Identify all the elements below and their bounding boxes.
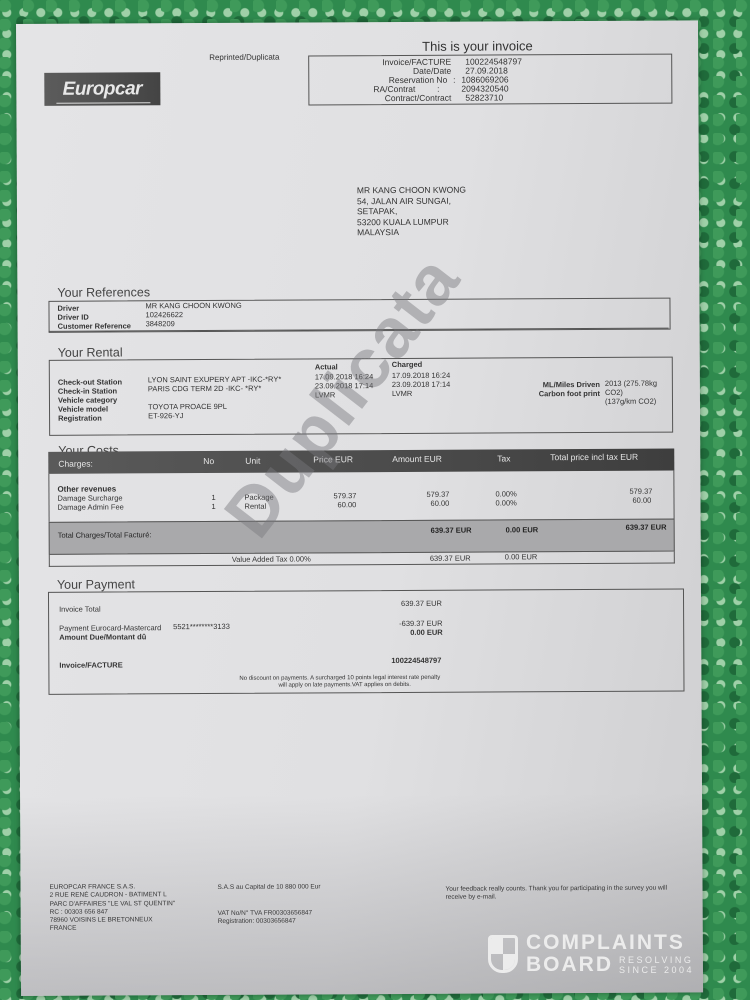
- customer-ref-label: Customer Reference: [58, 321, 131, 330]
- checkin-charged: 23.09.2018 17:14: [392, 380, 450, 389]
- driver-value: MR KANG CHOON KWONG: [145, 301, 241, 311]
- payment-value: -639.37 EUR: [399, 619, 442, 628]
- vat-tax: 0.00 EUR: [505, 552, 538, 561]
- category-charged: LVMR: [392, 389, 450, 398]
- contract-row: Contract/Contract52823710: [309, 92, 585, 103]
- checkout-station: LYON SAINT EXUPERY APT -IKC-*RY*: [148, 375, 281, 385]
- feedback-note: Your feedback really counts. Thank you f…: [446, 885, 668, 903]
- registration-label: Registration: [58, 414, 102, 423]
- col-tax: Tax: [497, 453, 510, 463]
- invoice-title: This is your invoice: [422, 38, 533, 54]
- invoice-total-label: Invoice Total: [59, 605, 101, 614]
- col-no: No: [203, 456, 214, 466]
- vehicle-model-label: Vehicle model: [58, 405, 108, 414]
- rental-box: Actual Charged Check-out Station Check-i…: [49, 357, 673, 436]
- company-address: EUROPCAR FRANCE S.A.S. 2 RUE RENÉ CAUDRO…: [50, 883, 176, 933]
- invoice-facture-value: 100224548797: [391, 656, 441, 665]
- cost-row-charge: Damage Admin Fee: [58, 502, 124, 511]
- total-charges-label: Total Charges/Total Facturé:: [58, 530, 152, 539]
- registration-value: ET-926-YJ: [148, 411, 281, 421]
- carbon-value: (137g/km CO2): [605, 397, 672, 406]
- col-total: Total price incl tax EUR: [550, 452, 638, 462]
- col-price: Price EUR: [313, 454, 353, 464]
- shield-icon: [488, 935, 518, 973]
- vat-label: Value Added Tax 0.00%: [232, 554, 311, 563]
- col-amount: Amount EUR: [392, 454, 442, 464]
- invoice-info-box: Invoice/FACTURE100224548797 Date/Date27.…: [308, 54, 672, 106]
- payment-notice-2: will apply on late payments.VAT applies …: [278, 682, 410, 689]
- costs-table-body: Other revenues Damage Surcharge 1 Packag…: [48, 471, 674, 522]
- company-vat: VAT No/N° TVA FR00303656847 Registration…: [218, 909, 313, 926]
- company-capital: S.A.S au Capital de 10 880 000 Eur: [218, 883, 321, 892]
- rental-title: Your Rental: [58, 345, 123, 359]
- card-number: 5521********3133: [173, 622, 230, 631]
- vat-row: Value Added Tax 0.00% 639.37 EUR 0.00 EU…: [49, 552, 675, 567]
- invoice-paper: Europcar Reprinted/Duplicata This is you…: [16, 20, 703, 996]
- reprinted-label: Reprinted/Duplicata: [209, 53, 279, 62]
- checkin-label: Check-in Station: [58, 386, 117, 395]
- actual-header: Actual: [315, 362, 338, 371]
- category-actual: LVMR: [315, 390, 373, 399]
- cost-row-charge: Damage Surcharge: [57, 493, 122, 502]
- col-charges: Charges:: [58, 459, 93, 469]
- invoice-facture-label: Invoice/FACTURE: [59, 660, 122, 669]
- carbon-label: Carbon foot print: [539, 389, 600, 398]
- total-charges-row: Total Charges/Total Facturé: 639.37 EUR …: [49, 519, 675, 555]
- driver-id-label: Driver ID: [58, 313, 89, 322]
- customer-ref-value: 3848209: [146, 319, 242, 329]
- customer-address: MR KANG CHOON KWONG 54, JALAN AIR SUNGAI…: [357, 185, 466, 238]
- miles-value: 2013 (275.78kg CO2): [605, 379, 672, 397]
- checkin-actual: 23.09.2018 17:14: [315, 381, 373, 390]
- costs-table-header: Charges: No Unit Price EUR Amount EUR Ta…: [48, 449, 674, 474]
- miles-label: ML/Miles Driven: [543, 380, 600, 389]
- payment-notice-1: No discount on payments. A surcharged 10…: [239, 675, 440, 682]
- total-amount: 639.37 EUR: [431, 526, 472, 535]
- other-revenues-label: Other revenues: [57, 484, 116, 493]
- amount-due-label: Amount Due/Montant dû: [59, 632, 146, 641]
- europcar-logo: Europcar: [44, 72, 160, 106]
- vehicle-category-label: Vehicle category: [58, 395, 117, 404]
- charged-header: Charged: [392, 360, 422, 369]
- driver-label: Driver: [57, 304, 79, 313]
- checkout-actual: 17.09.2018 16:24: [315, 372, 373, 381]
- col-unit: Unit: [245, 456, 260, 466]
- checkout-label: Check-out Station: [58, 377, 122, 386]
- references-box: Driver Driver ID Customer Reference MR K…: [48, 298, 670, 333]
- payment-title: Your Payment: [57, 577, 135, 591]
- total-incl-tax: 639.37 EUR: [626, 523, 667, 532]
- complaints-board-logo: COMPLAINTS BOARD RESOLVING SINCE 2004: [488, 932, 694, 976]
- invoice-total-value: 639.37 EUR: [401, 599, 442, 608]
- total-tax: 0.00 EUR: [506, 525, 539, 534]
- vat-amount: 639.37 EUR: [430, 554, 471, 563]
- payment-box: Invoice Total 639.37 EUR Payment Eurocar…: [48, 589, 685, 695]
- amount-due-value: 0.00 EUR: [410, 628, 443, 637]
- checkout-charged: 17.09.2018 16:24: [392, 371, 450, 380]
- driver-id-value: 102426622: [146, 310, 242, 320]
